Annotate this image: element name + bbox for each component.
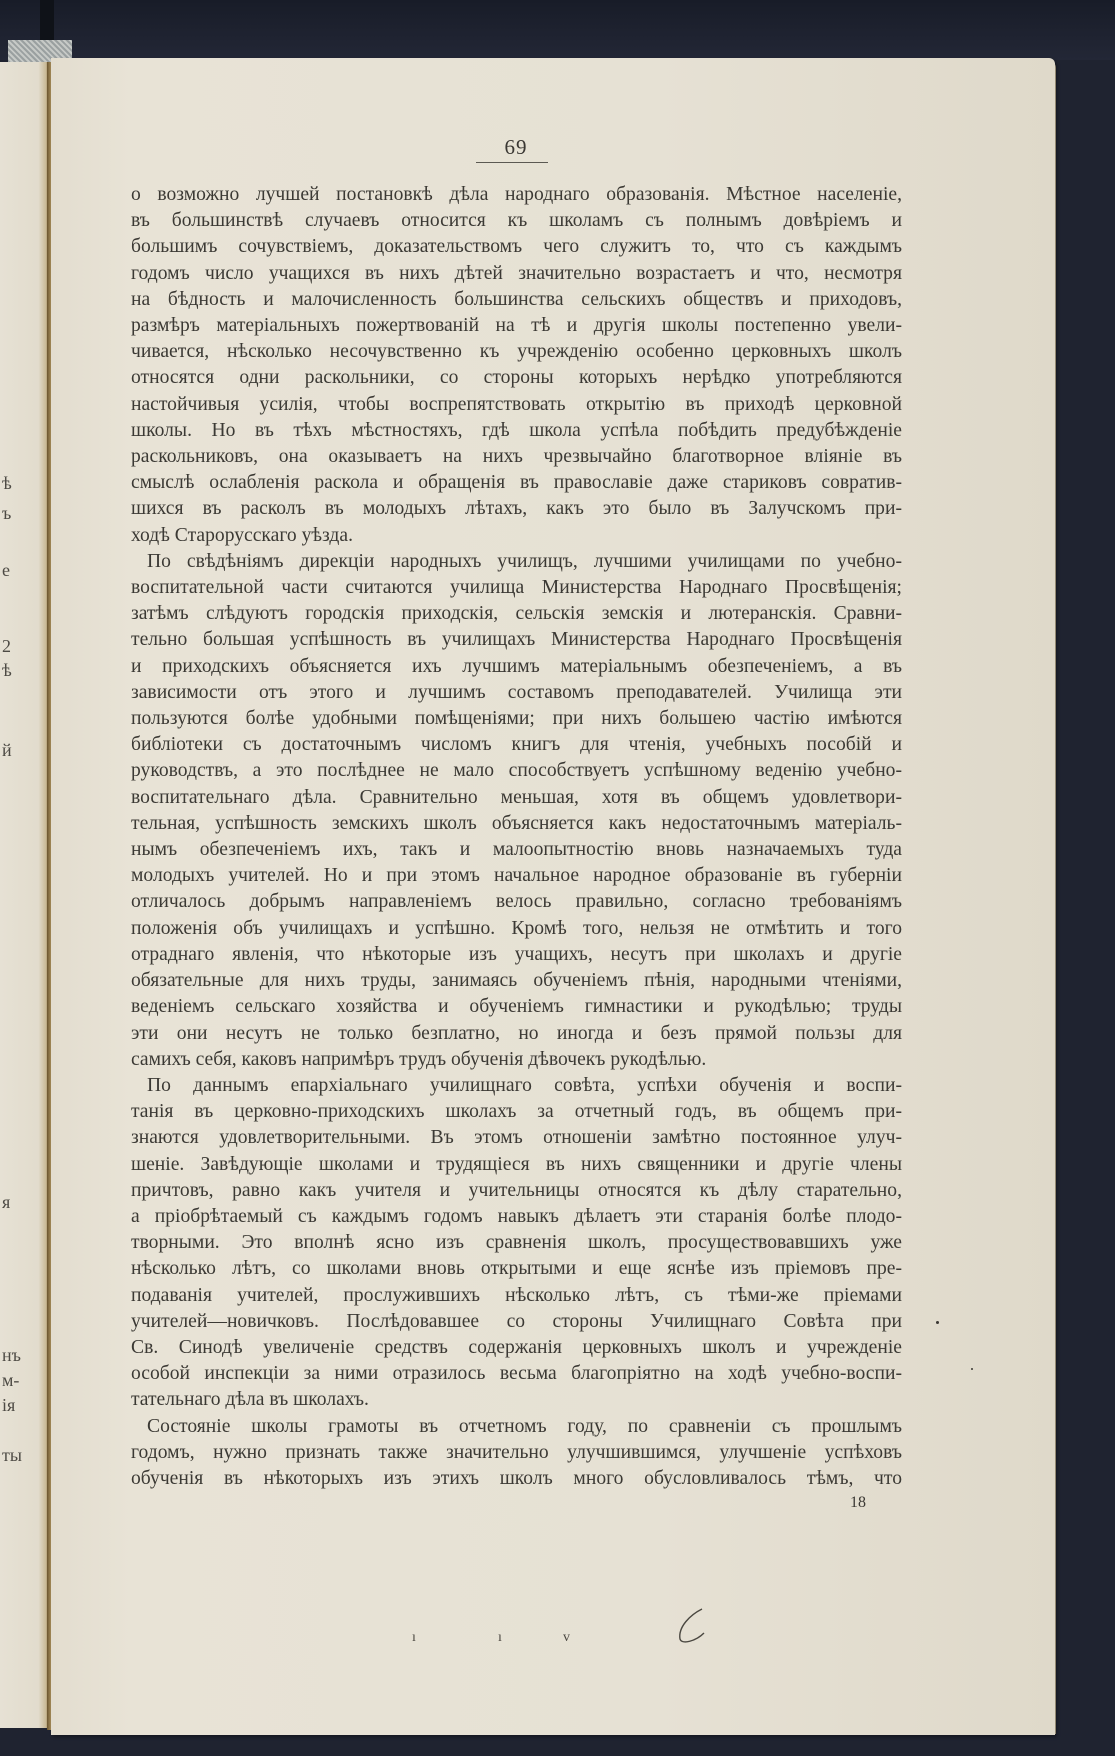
text-line: обязательные для нихъ труды, занимаясь о… [131,968,902,994]
pencil-mark: ı [498,1630,502,1646]
text-line: учителей—новичковъ. Послѣдовавшее со сто… [131,1309,902,1335]
text-line: годомъ, нужно признать также значительно… [131,1440,902,1466]
text-line: библіотеки съ достаточнымъ числомъ книгъ… [131,732,902,758]
text-line: подаванія учителей, прослужившихъ нѣскол… [131,1283,902,1309]
text-line: на бѣдность и малочисленность большинств… [131,287,902,313]
left-page-text-fragment: ія [2,1395,15,1416]
text-line: шеніе. Завѣдующіе школами и трудящіеся в… [131,1152,902,1178]
text-line: молодыхъ учителей. Но и при этомъ началь… [131,863,902,889]
text-line: танія въ церковно-приходскихъ школахъ за… [131,1099,902,1125]
text-line: большимъ сочувствіемъ, доказательствомъ … [131,234,902,260]
page-number-rule [476,162,548,163]
text-line: причтовъ, равно какъ учителя и учительни… [131,1178,902,1204]
text-line: творными. Это вполнѣ ясно изъ сравненія … [131,1230,902,1256]
text-line: и приходскихъ объясняется ихъ лучшимъ ма… [131,654,902,680]
text-line: годомъ число учащихся въ нихъ дѣтей знач… [131,261,902,287]
text-line: положенія объ училищахъ и успѣшно. Кромѣ… [131,916,902,942]
left-page-edge: ѣъe2ѣйянъм-іяты [0,62,48,1728]
text-line: воспитательнаго дѣла. Сравнительно меньш… [131,785,902,811]
body-text: о возможно лучшей постановкѣ дѣла народн… [131,182,902,1492]
text-line: тельно большая успѣшность въ училищахъ М… [131,627,902,653]
left-page-text-fragment: й [2,740,12,761]
paper-speck [936,1321,939,1324]
text-line: раскольниковъ, она оказываетъ на нихъ чр… [131,444,902,470]
text-line: тельная, успѣшность земскихъ школъ объяс… [131,811,902,837]
text-line: пользуются болѣе удобными помѣщеніями; п… [131,706,902,732]
paper-speck [971,1368,973,1370]
text-line: въ большинствѣ случаевъ относится къ шко… [131,208,902,234]
left-page-text-fragment: ѣ [2,473,12,494]
left-page-text-fragment: ты [2,1445,22,1466]
text-line: школы. Но въ тѣхъ мѣстностяхъ, гдѣ школа… [131,418,902,444]
text-line: самихъ себя, каковъ напримѣръ трудъ обуч… [131,1047,902,1073]
pencil-c-mark-icon [672,1605,712,1645]
book-cradle-background [0,0,1115,60]
left-page-text-fragment: ѣ [2,660,12,681]
pencil-mark: v [563,1630,570,1646]
text-line: знаются удовлетворительными. Въ этомъ от… [131,1125,902,1151]
text-line: затѣмъ слѣдуютъ городскія приходскія, се… [131,601,902,627]
left-page-text-fragment: 2 [2,636,11,657]
page-number: 69 [476,135,556,160]
text-line: нѣсколько лѣтъ, со школами вновь открыты… [131,1256,902,1282]
text-line: воспитательной части считаются училища М… [131,575,902,601]
text-line: смыслѣ ослабленія раскола и обращенія въ… [131,470,902,496]
left-page-text-fragment: я [2,1192,10,1213]
text-line: руководствъ, а это послѣднее не мало спо… [131,758,902,784]
text-line: о возможно лучшей постановкѣ дѣла народн… [131,182,902,208]
text-line: отраднаго явленія, что нѣкоторые изъ уча… [131,942,902,968]
text-line: Состояніе школы грамоты въ отчетномъ год… [131,1414,902,1440]
text-line: нымъ обезпеченіемъ ихъ, такъ и малоопытн… [131,837,902,863]
text-line: зависимости отъ этого и лучшимъ составом… [131,680,902,706]
left-page-text-fragment: ъ [2,503,11,524]
text-line: эти они несутъ не только безплатно, но и… [131,1021,902,1047]
text-line: По свѣдѣніямъ дирекціи народныхъ училищъ… [131,549,902,575]
left-page-text-fragment: нъ [2,1345,21,1366]
text-line: обученія въ нѣкоторыхъ изъ этихъ школъ м… [131,1466,902,1492]
text-line: чивается, нѣсколько несочувственно къ уч… [131,339,902,365]
text-line: веденіемъ сельскаго хозяйства и обученіе… [131,994,902,1020]
text-line: По даннымъ епархіальнаго училищнаго совѣ… [131,1073,902,1099]
text-line: отличалось добрымъ направленіемъ велось … [131,889,902,915]
left-page-text-fragment: e [2,560,10,581]
text-line: размѣръ матеріальныхъ пожертвованій на т… [131,313,902,339]
text-line: а пріобрѣтаемый съ каждымъ годомъ навыкъ… [131,1204,902,1230]
pencil-mark: ı [412,1630,416,1646]
text-line: Св. Синодѣ увеличеніе средствъ содержані… [131,1335,902,1361]
left-page-text-fragment: м- [2,1370,19,1391]
text-line: тательнаго дѣла въ школахъ. [131,1387,902,1413]
text-line: ходѣ Старорусскаго уѣзда. [131,523,902,549]
text-line: относятся одни раскольники, со стороны к… [131,365,902,391]
text-line: шихся въ расколъ въ молодыхъ лѣтахъ, как… [131,496,902,522]
text-line: настойчивыя усилія, чтобы воспрепятствов… [131,392,902,418]
printer-signature-mark: 18 [850,1494,866,1512]
text-line: особой инспекціи за ними отразилось весь… [131,1361,902,1387]
